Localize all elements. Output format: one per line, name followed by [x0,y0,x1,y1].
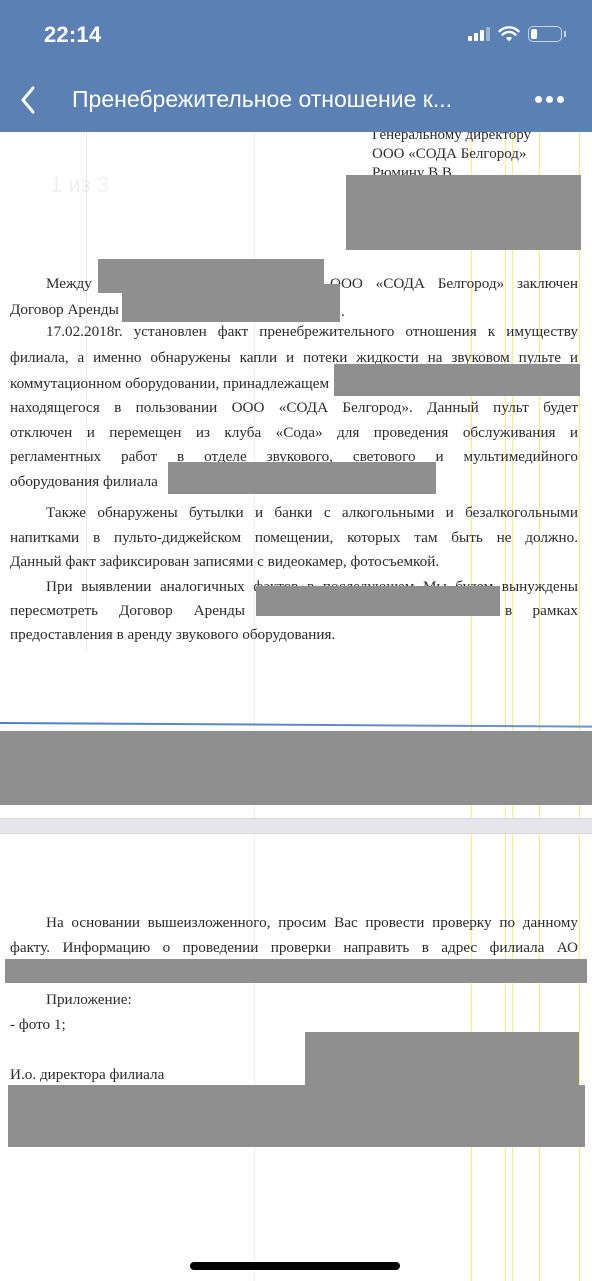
body-line: отключен и перемещен из клуба «Сода» для… [10,420,578,446]
redacted-block [305,1032,579,1087]
wifi-icon [498,26,520,42]
document-title: Пренебрежительное отношение к... [72,86,502,113]
body-line: пересмотреть Договор Аренды [10,598,245,624]
cellular-signal-icon [468,27,490,41]
navigation-header: 22:14 Пренебрежительное отношение к... [0,0,592,132]
body-line: коммутационном оборудовании, принадлежащ… [10,371,350,397]
redacted-block [8,1085,585,1147]
body-line: предоставления в аренду звукового оборуд… [10,622,578,648]
body-line: напитками в пульто-диджейском помещении,… [10,525,578,551]
redacted-block [256,586,500,616]
body-line: 17.02.2018г. установлен факт пренебрежит… [46,319,578,345]
document-viewer[interactable]: 1 из 3 Генеральному директору ООО «СОДА … [0,132,592,1281]
home-indicator[interactable] [190,1262,400,1270]
status-time: 22:14 [44,22,101,48]
body-line: На основании вышеизложенного, просим Вас… [46,910,578,936]
addressee-line: Генеральному директору [372,132,531,145]
ellipsis-icon [535,96,542,103]
body-line: в рамках [505,598,578,624]
page-indicator: 1 из 3 [50,172,109,198]
body-line: Также обнаружены бутылки и банки с алког… [46,500,578,526]
body-line: оборудования филиала [10,469,185,495]
redacted-block [122,284,340,322]
redacted-block [5,959,587,983]
redacted-block [334,364,580,396]
back-button[interactable] [16,84,40,116]
redacted-block [0,731,592,805]
battery-low-icon [528,26,562,42]
addressee-line: ООО «СОДА Белгород» [372,145,531,164]
chevron-left-icon [20,86,36,114]
body-line: Данный факт зафиксирован записями с виде… [10,549,578,575]
redacted-block [168,462,436,494]
page-separator [0,818,592,834]
scan-edge-line [0,722,592,728]
status-icons [468,26,562,42]
body-line: ООО «СОДА Белгород» заключен [330,271,578,297]
body-line: факту. Информацию о проведении проверки … [10,935,578,961]
redacted-block [346,175,581,250]
more-options-button[interactable] [533,90,566,109]
attachment-label: Приложение: [46,987,578,1013]
body-line: находящегося в пользовании ООО «СОДА Бел… [10,395,578,421]
